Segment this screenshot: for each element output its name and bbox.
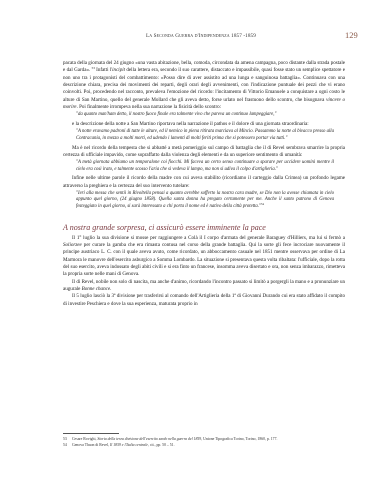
block-quote: "A notte eravamo padroni di tutte le alt… [76,129,334,142]
paragraph: e la descrizione della notte a San Marti… [63,121,345,128]
running-header: La Seconda Guerra d'Indipendenza 1857 -1… [146,33,256,39]
footnote-divider [63,433,119,434]
block-quote: "A metà giornata abbiamo un temporalone … [76,160,334,173]
body-text: pacata della giornata del 24 giugno «una… [63,60,345,308]
paragraph: Il di Revel, nobile non solo di nascita,… [63,279,345,294]
block-quote: "Ieri alla messa che sentii in Rivoltell… [76,191,334,211]
paragraph: Il 5 luglio lasciò la 3ª divisione per t… [63,293,345,308]
section-title: A nostra grande sorpresa, ci assicurò es… [63,223,345,233]
paragraph: Il 1° luglio la sua divisione si mosse p… [63,235,345,279]
paragraph: pacata della giornata del 24 giugno «una… [63,60,345,111]
page-number: 129 [345,30,358,40]
footnotes: 53Cesare Rovighi, Storia della terza div… [63,436,353,448]
footnote-54: 54Genova Thaon di Revel, Il 1859 e l'Ita… [63,442,353,448]
paragraph: Ma è nel ricordo della tempesta che si a… [63,145,345,160]
block-quote: "da quanto man'ham detto, il nostro fuoc… [76,112,334,119]
paragraph: Infine nelle ultime parole il ricordo de… [63,175,345,190]
footnote-ref[interactable]: 54 [261,202,264,206]
document-page: La Seconda Guerra d'Indipendenza 1857 -1… [0,0,383,480]
